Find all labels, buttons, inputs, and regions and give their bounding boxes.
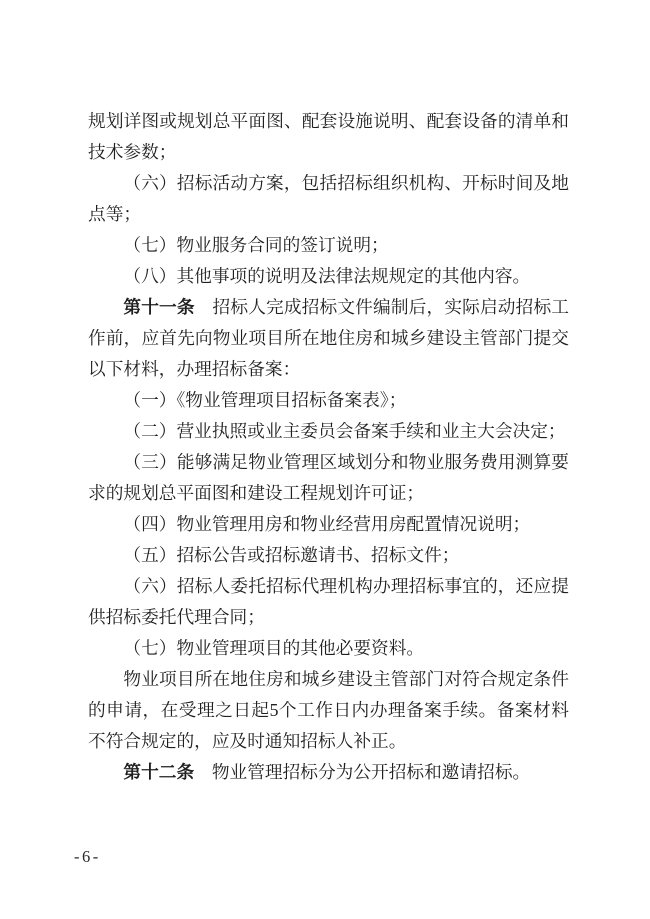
document-paragraph-item-6b: （六）招标人委托招标代理机构办理招标事宜的，还应提供招标委托代理合同； <box>88 571 569 633</box>
clause-11-heading: 第十一条 <box>123 297 194 317</box>
document-paragraph-item-4: （四）物业管理用房和物业经营用房配置情况说明； <box>88 509 569 540</box>
document-paragraph-clause-12: 第十二条 物业管理招标分为公开招标和邀请招标。 <box>88 757 569 788</box>
paragraph-text: （二）营业执照或业主委员会备案手续和业主大会决定； <box>123 421 565 441</box>
document-paragraph-item-3: （三）能够满足物业管理区域划分和物业服务费用测算要求的规划总平面图和建设工程规划… <box>88 447 569 509</box>
document-page: 规划详图或规划总平面图、配套设施说明、配套设备的清单和技术参数； （六）招标活动… <box>0 0 650 919</box>
document-paragraph-item-7b: （七）物业管理项目的其他必要资料。 <box>88 633 569 664</box>
clause-12-heading: 第十二条 <box>123 762 194 782</box>
paragraph-text: （七）物业管理项目的其他必要资料。 <box>123 638 424 658</box>
paragraph-text: （六）招标活动方案，包括招标组织机构、开标时间及地点等； <box>88 173 569 224</box>
document-paragraph-item-6: （六）招标活动方案，包括招标组织机构、开标时间及地点等； <box>88 168 569 230</box>
document-paragraph-filing: 物业项目所在地住房和城乡建设主管部门对符合规定条件的申请，在受理之日起5个工作日… <box>88 664 569 757</box>
document-paragraph-item-2: （二）营业执照或业主委员会备案手续和业主大会决定； <box>88 416 569 447</box>
paragraph-text: （六）招标人委托招标代理机构办理招标事宜的，还应提供招标委托代理合同； <box>88 576 569 627</box>
document-paragraph-item-7: （七）物业服务合同的签订说明； <box>88 230 569 261</box>
paragraph-text: 规划详图或规划总平面图、配套设施说明、配套设备的清单和技术参数； <box>88 111 569 162</box>
document-paragraph-item-8: （八）其他事项的说明及法律法规规定的其他内容。 <box>88 261 569 292</box>
document-paragraph-item-5: （五）招标公告或招标邀请书、招标文件； <box>88 540 569 571</box>
document-paragraph-clause-11: 第十一条 招标人完成招标文件编制后，实际启动招标工作前，应首先向物业项目所在地住… <box>88 292 569 385</box>
document-paragraph-continuation: 规划详图或规划总平面图、配套设施说明、配套设备的清单和技术参数； <box>88 106 569 168</box>
page-number: -6- <box>74 846 101 868</box>
paragraph-text: （五）招标公告或招标邀请书、招标文件； <box>123 545 459 565</box>
paragraph-text: （七）物业服务合同的签订说明； <box>123 235 388 255</box>
paragraph-text: （八）其他事项的说明及法律法规规定的其他内容。 <box>123 266 530 286</box>
document-paragraph-item-1: （一）《物业管理项目招标备案表》； <box>88 385 569 416</box>
paragraph-text: （三）能够满足物业管理区域划分和物业服务费用测算要求的规划总平面图和建设工程规划… <box>88 452 569 503</box>
paragraph-text: （四）物业管理用房和物业经营用房配置情况说明； <box>123 514 530 534</box>
paragraph-text: 物业项目所在地住房和城乡建设主管部门对符合规定条件的申请，在受理之日起5个工作日… <box>88 669 569 751</box>
paragraph-text: 物业管理招标分为公开招标和邀请招标。 <box>194 762 530 782</box>
paragraph-text: （一）《物业管理项目招标备案表》； <box>123 390 406 410</box>
document-body: 规划详图或规划总平面图、配套设施说明、配套设备的清单和技术参数； （六）招标活动… <box>88 106 569 788</box>
